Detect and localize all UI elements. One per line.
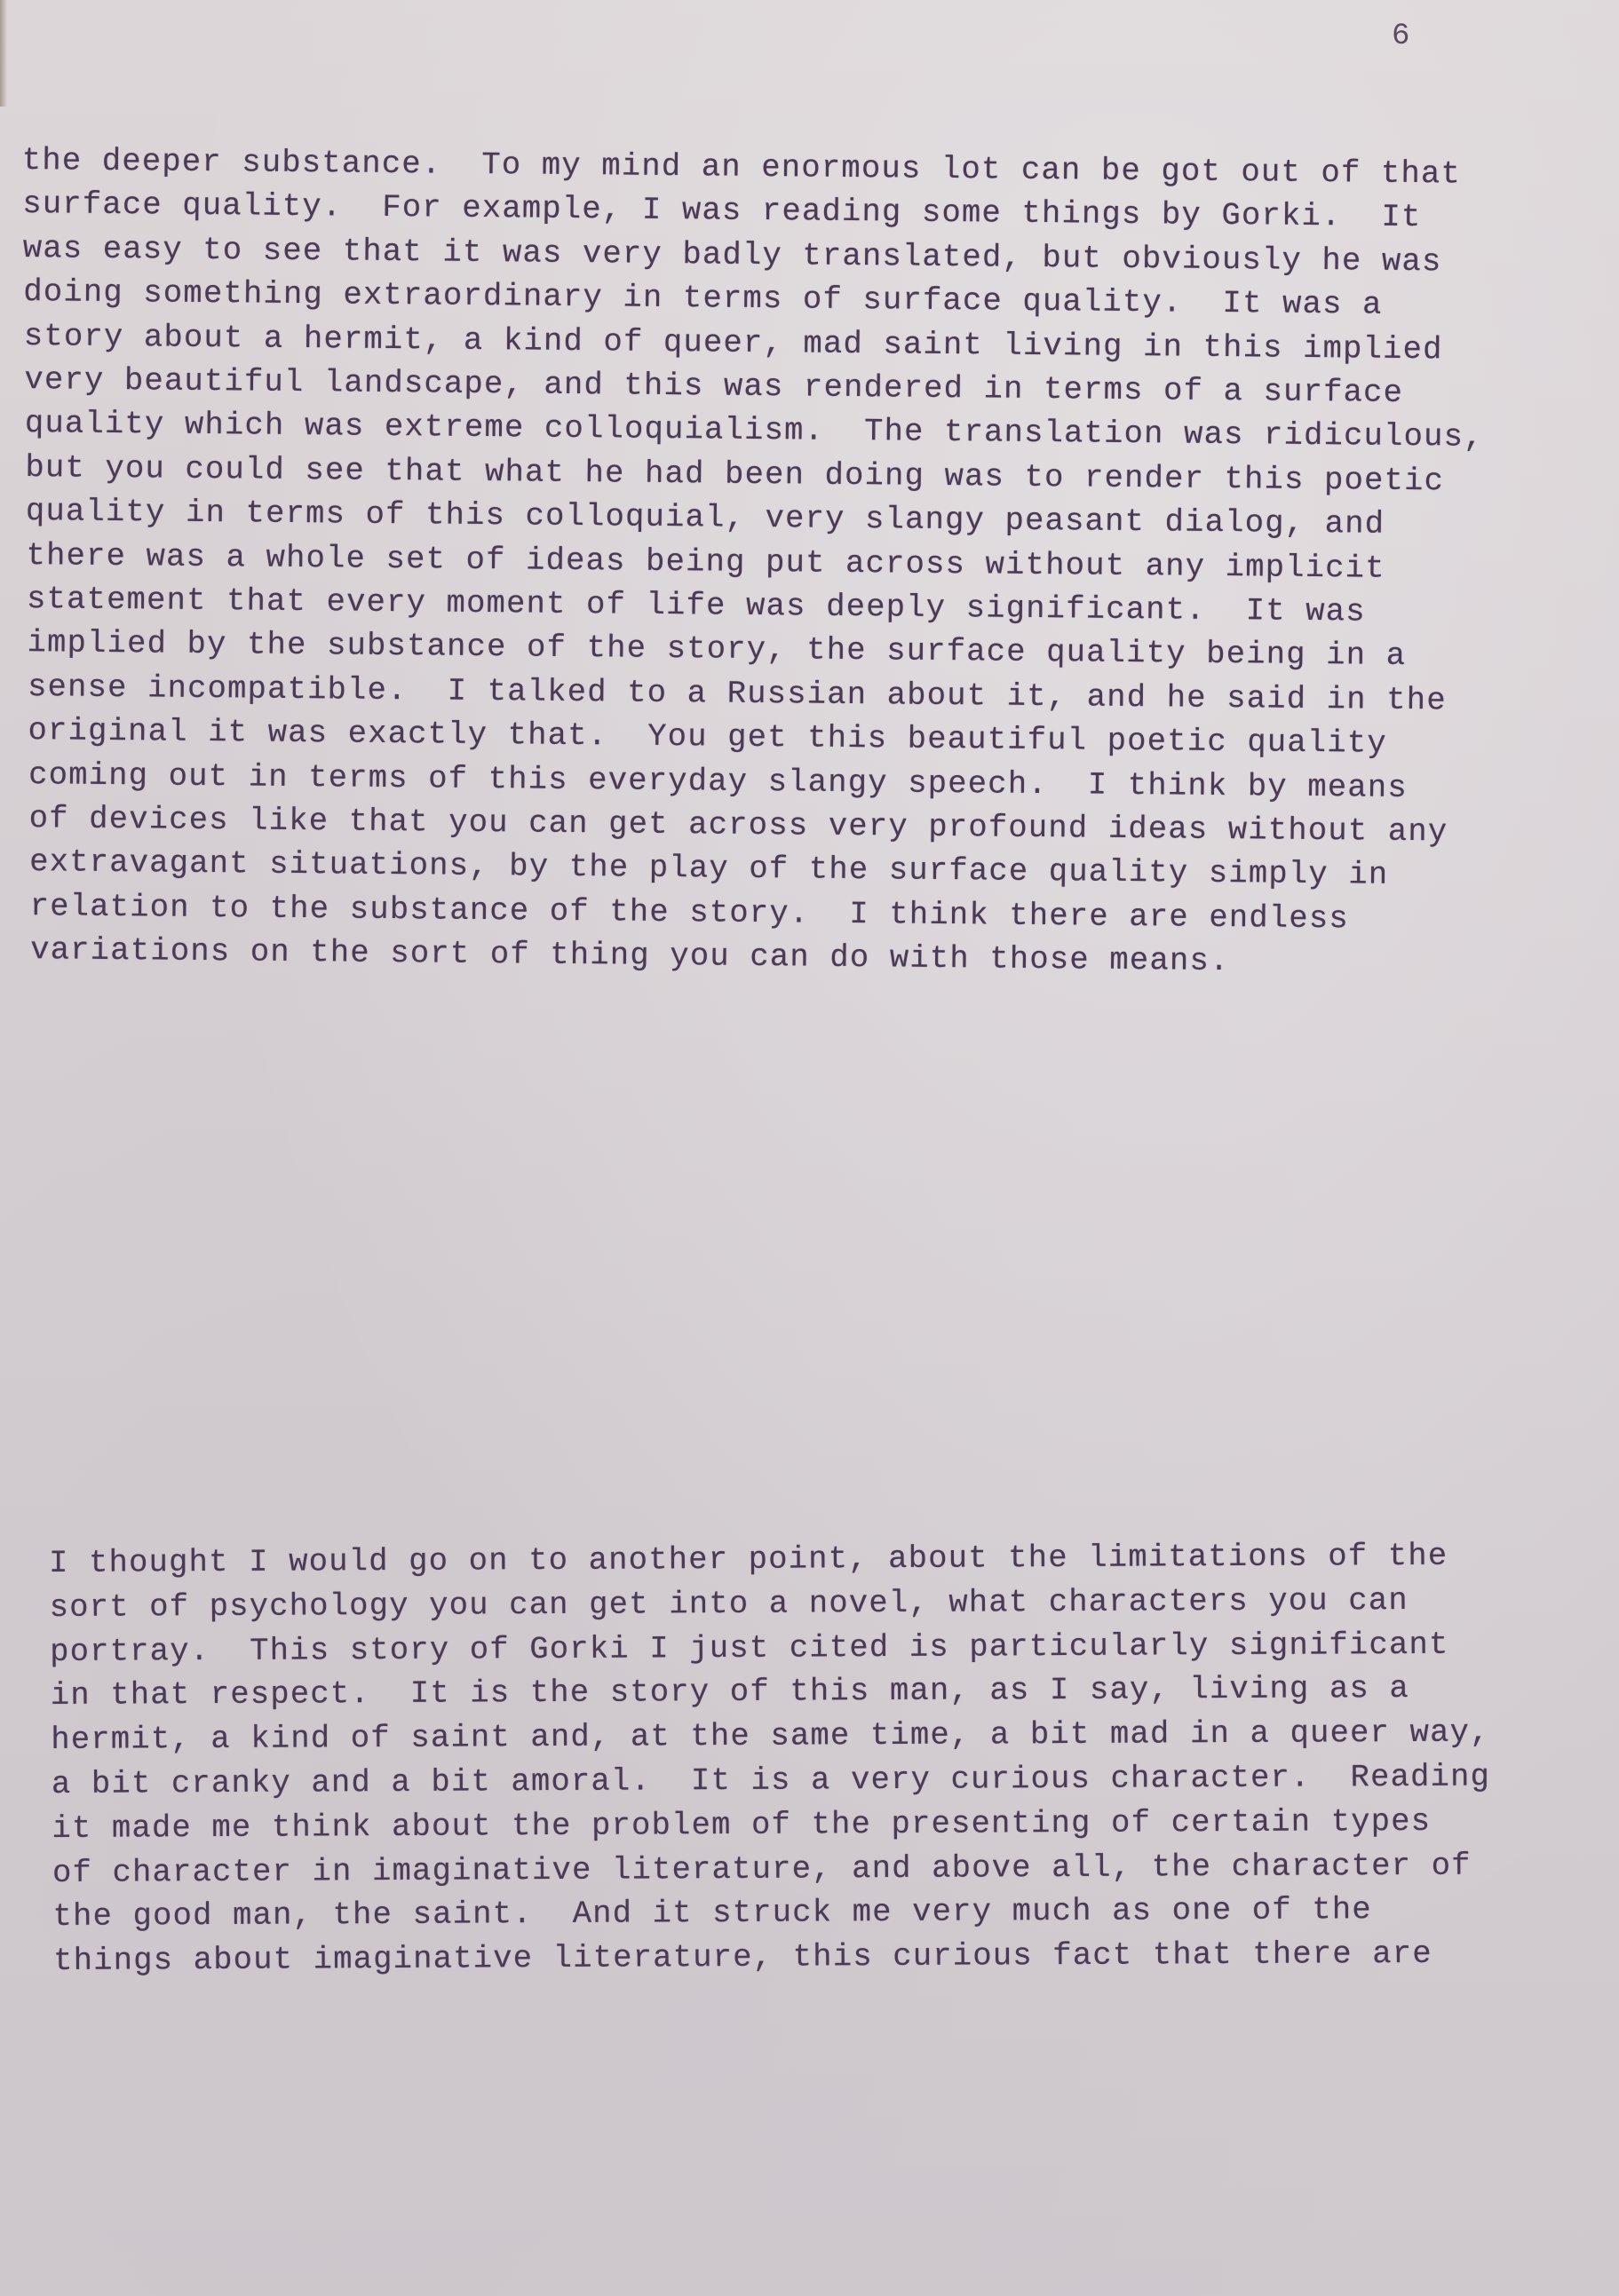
text-line: things about imaginative literature, thi…	[53, 1936, 1432, 1979]
text-line: it made me think about the problem of th…	[52, 1803, 1431, 1847]
text-line: story about a hermit, a kind of queer, m…	[24, 318, 1443, 368]
text-line: coming out in terms of this everyday sla…	[28, 756, 1408, 806]
page-edge-shadow	[0, 0, 7, 107]
typed-page: 6 the deeper substance. To my mind an en…	[0, 0, 1619, 2296]
text-line: quality which was extreme colloquialism.…	[25, 405, 1484, 455]
text-line: relation to the substance of the story. …	[30, 888, 1350, 937]
text-line: variations on the sort of thing you can …	[30, 931, 1230, 979]
text-line: doing something extraordinary in terms o…	[23, 273, 1383, 323]
text-line: quality in terms of this colloquial, ver…	[26, 493, 1385, 542]
text-line: but you could see that what he had been …	[25, 449, 1444, 499]
text-line: a bit cranky and a bit amoral. It is a v…	[52, 1759, 1490, 1802]
text-line: very beautiful landscape, and this was r…	[24, 361, 1403, 411]
text-line: statement that every moment of life was …	[27, 581, 1366, 629]
page-number: 6	[1392, 20, 1409, 53]
text-line: implied by the substance of the story, t…	[27, 624, 1406, 674]
text-line: portray. This story of Gorki I just cite…	[50, 1626, 1448, 1669]
text-line: original it was exactly that. You get th…	[28, 712, 1387, 762]
text-line: the deeper substance. To my mind an enor…	[22, 142, 1462, 193]
text-line: hermit, a kind of saint and, at the same…	[51, 1714, 1489, 1758]
text-line: there was a whole set of ideas being put…	[26, 537, 1385, 587]
text-line: I thought I would go on to another point…	[49, 1538, 1448, 1581]
text-line: sort of psychology you can get into a no…	[50, 1582, 1409, 1626]
text-line: of devices like that you can get across …	[28, 800, 1448, 850]
text-line: extravagant situations, by the play of t…	[29, 844, 1389, 894]
text-line: sense incompatible. I talked to a Russia…	[28, 669, 1447, 718]
text-line: the good man, the saint. And it struck m…	[52, 1892, 1371, 1936]
text-line: was easy to see that it was very badly t…	[23, 230, 1442, 280]
text-line: in that respect. It is the story of this…	[51, 1670, 1409, 1714]
text-line: of character in imaginative literature, …	[52, 1847, 1472, 1890]
text-line: surface quality. For example, I was read…	[22, 186, 1422, 235]
